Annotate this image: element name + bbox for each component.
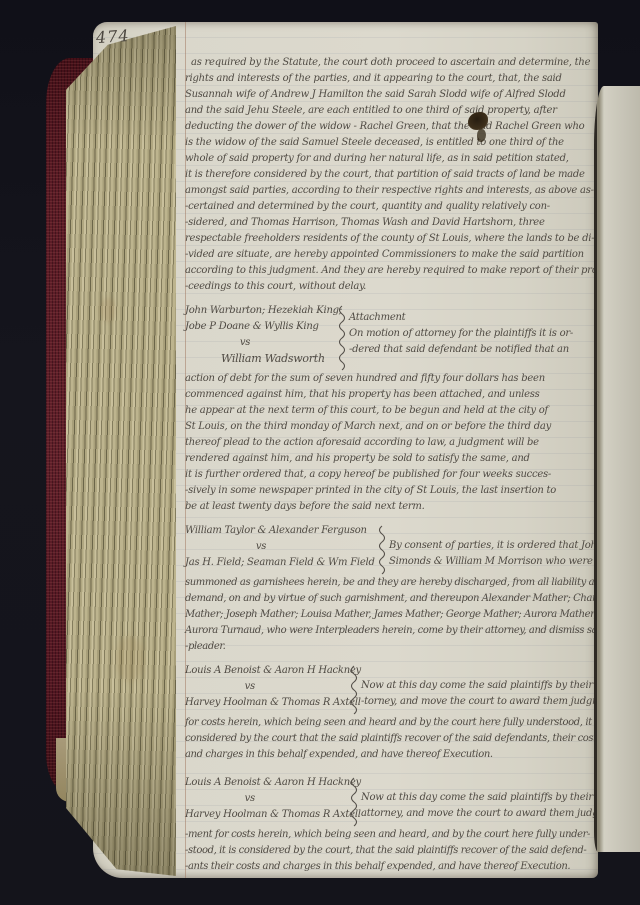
handwritten-line: -dered that said defendant be notified t… bbox=[349, 342, 593, 358]
handwritten-line: Simonds & William M Morrison who were bbox=[389, 554, 593, 570]
handwritten-line: Attachment bbox=[349, 310, 593, 326]
brace-icon bbox=[375, 523, 389, 575]
handwritten-line: and charges in this behalf expended, and… bbox=[185, 747, 593, 763]
plaintiff-names: John Warburton; Hezekiah King;Jobe P Doa… bbox=[185, 303, 335, 335]
handwritten-line: -stood, it is considered by the court, t… bbox=[185, 843, 593, 859]
handwritten-line: -ants their costs and charges in this be… bbox=[185, 859, 593, 875]
defendant-names: Jas H. Field; Seaman Field & Wm Field bbox=[185, 555, 375, 571]
defendant-names: Harvey Hoolman & Thomas R Axtell bbox=[185, 807, 347, 823]
case-parties: Louis A Benoist & Aaron H Hackney vs Har… bbox=[185, 663, 347, 711]
versus-label: vs bbox=[185, 679, 315, 695]
order-body-text: summoned as garnishees herein, be and th… bbox=[185, 575, 593, 655]
handwritten-line: -ment for costs herein, which being seen… bbox=[185, 827, 593, 843]
case-entry-warburton-v-wadsworth: John Warburton; Hezekiah King;Jobe P Doa… bbox=[185, 303, 593, 515]
handwritten-line: -sidered, and Thomas Harrison, Thomas Wa… bbox=[185, 215, 593, 231]
next-page-edge bbox=[594, 86, 640, 852]
handwritten-line: -certained and determined by the court, … bbox=[185, 199, 593, 215]
versus-label: vs bbox=[185, 791, 315, 807]
order-body-text: for costs herein, which being seen and h… bbox=[185, 715, 593, 763]
page-stain bbox=[100, 298, 116, 322]
handwritten-line: attorney, and move the court to award th… bbox=[361, 806, 593, 822]
handwritten-line: action of debt for the sum of seven hund… bbox=[185, 371, 593, 387]
handwritten-line: Aurora Turnaud, who were Interpleaders h… bbox=[185, 623, 593, 639]
handwritten-line: -sively in some newspaper printed in the… bbox=[185, 483, 593, 499]
handwritten-line: Now at this day come the said plaintiffs… bbox=[361, 678, 593, 694]
handwritten-line: is the widow of the said Samuel Steele d… bbox=[185, 135, 593, 151]
handwritten-line: he appear at the next term of this court… bbox=[185, 403, 593, 419]
case-caption: Louis A Benoist & Aaron H Hackney vs Har… bbox=[185, 663, 593, 715]
handwritten-line: John Warburton; Hezekiah King; bbox=[185, 303, 335, 319]
handwritten-line: considered by the court that the said pl… bbox=[185, 731, 593, 747]
handwritten-line: Now at this day come the said plaintiffs… bbox=[361, 790, 593, 806]
order-side-text: AttachmentOn motion of attorney for the … bbox=[349, 303, 593, 358]
handwritten-line: Jas H. Field; Seaman Field & Wm Field bbox=[185, 555, 375, 571]
handwritten-line: amongst said parties, according to their… bbox=[185, 183, 593, 199]
handwritten-line: it is further ordered that, a copy hereo… bbox=[185, 467, 593, 483]
handwritten-line: rights and interests of the parties, and… bbox=[185, 71, 593, 87]
versus-label: vs bbox=[185, 335, 305, 351]
case-entry-benoist-v-hoolman-1: Louis A Benoist & Aaron H Hackney vs Har… bbox=[185, 663, 593, 763]
brace-icon bbox=[335, 303, 349, 371]
case-caption: William Taylor & Alexander Ferguson vs J… bbox=[185, 523, 593, 575]
handwritten-line: William Taylor & Alexander Ferguson bbox=[185, 523, 375, 539]
handwritten-line: as required by the Statute, the court do… bbox=[185, 55, 593, 71]
order-side-text: By consent of parties, it is ordered tha… bbox=[389, 523, 593, 570]
handwritten-line: for costs herein, which being seen and h… bbox=[185, 715, 593, 731]
handwritten-line: -torney, and move the court to award the… bbox=[361, 694, 593, 710]
handwritten-line: On motion of attorney for the plaintiffs… bbox=[349, 326, 593, 342]
handwritten-line: William Wadsworth bbox=[221, 351, 335, 367]
handwritten-line: By consent of parties, it is ordered tha… bbox=[389, 538, 593, 554]
handwritten-line: -pleader. bbox=[185, 639, 593, 655]
handwritten-line: commenced against him, that his property… bbox=[185, 387, 593, 403]
handwritten-line: summoned as garnishees herein, be and th… bbox=[185, 575, 593, 591]
handwritten-line: deducting the dower of the widow - Rache… bbox=[185, 119, 593, 135]
order-side-text: Now at this day come the said plaintiffs… bbox=[361, 775, 593, 822]
handwritten-line: Harvey Hoolman & Thomas R Axtell bbox=[185, 807, 347, 823]
handwritten-line: Louis A Benoist & Aaron H Hackney bbox=[185, 663, 347, 679]
defendant-names: William Wadsworth bbox=[185, 351, 335, 367]
page-number: 474 bbox=[95, 26, 130, 47]
handwritten-line: respectable freeholders residents of the… bbox=[185, 231, 593, 247]
case-caption: Louis A Benoist & Aaron H Hackney vs Har… bbox=[185, 775, 593, 827]
order-side-text: Now at this day come the said plaintiffs… bbox=[361, 663, 593, 710]
handwritten-line: whole of said property for and during he… bbox=[185, 151, 593, 167]
fore-edge-page-stack bbox=[66, 26, 176, 876]
handwritten-line: Jobe P Doane & Wyllis King bbox=[185, 319, 335, 335]
brace-icon bbox=[347, 775, 361, 827]
case-entry-benoist-v-hoolman-2: Louis A Benoist & Aaron H Hackney vs Har… bbox=[185, 775, 593, 875]
case-entry-taylor-v-field: William Taylor & Alexander Ferguson vs J… bbox=[185, 523, 593, 655]
handwritten-line: Susannah wife of Andrew J Hamilton the s… bbox=[185, 87, 593, 103]
order-body-text: -ment for costs herein, which being seen… bbox=[185, 827, 593, 875]
handwritten-line: -ceedings to this court, without delay. bbox=[185, 279, 593, 295]
plaintiff-names: Louis A Benoist & Aaron H Hackney bbox=[185, 663, 347, 679]
handwritten-line: Louis A Benoist & Aaron H Hackney bbox=[185, 775, 347, 791]
handwritten-line: thereof plead to the action aforesaid ac… bbox=[185, 435, 593, 451]
plaintiff-names: Louis A Benoist & Aaron H Hackney bbox=[185, 775, 347, 791]
handwritten-line: according to this judgment. And they are… bbox=[185, 263, 593, 279]
case-parties: John Warburton; Hezekiah King;Jobe P Doa… bbox=[185, 303, 335, 367]
opening-entry: as required by the Statute, the court do… bbox=[185, 55, 593, 295]
case-caption: John Warburton; Hezekiah King;Jobe P Doa… bbox=[185, 303, 593, 371]
page-stain bbox=[116, 636, 144, 682]
handwritten-line: demand, on and by virtue of such garnish… bbox=[185, 591, 593, 607]
handwritten-line: Mather; Joseph Mather; Louisa Mather, Ja… bbox=[185, 607, 593, 623]
plaintiff-names: William Taylor & Alexander Ferguson bbox=[185, 523, 375, 539]
case-parties: William Taylor & Alexander Ferguson vs J… bbox=[185, 523, 375, 571]
court-record-book-photo: as required by the Statute, the court do… bbox=[0, 0, 640, 905]
order-body-text: action of debt for the sum of seven hund… bbox=[185, 371, 593, 515]
handwritten-line: St Louis, on the third monday of March n… bbox=[185, 419, 593, 435]
handwritten-line: -vided are situate, are hereby appointed… bbox=[185, 247, 593, 263]
handwritten-line: Harvey Hoolman & Thomas R Axtell bbox=[185, 695, 347, 711]
versus-label: vs bbox=[185, 539, 337, 555]
case-parties: Louis A Benoist & Aaron H Hackney vs Har… bbox=[185, 775, 347, 823]
defendant-names: Harvey Hoolman & Thomas R Axtell bbox=[185, 695, 347, 711]
handwritten-line: it is therefore considered by the court,… bbox=[185, 167, 593, 183]
brace-icon bbox=[347, 663, 361, 715]
handwritten-content: as required by the Statute, the court do… bbox=[185, 55, 593, 875]
handwritten-line: be at least twenty days before the said … bbox=[185, 499, 593, 515]
handwritten-line: rendered against him, and his property b… bbox=[185, 451, 593, 467]
handwritten-line: and the said Jehu Steele, are each entit… bbox=[185, 103, 593, 119]
